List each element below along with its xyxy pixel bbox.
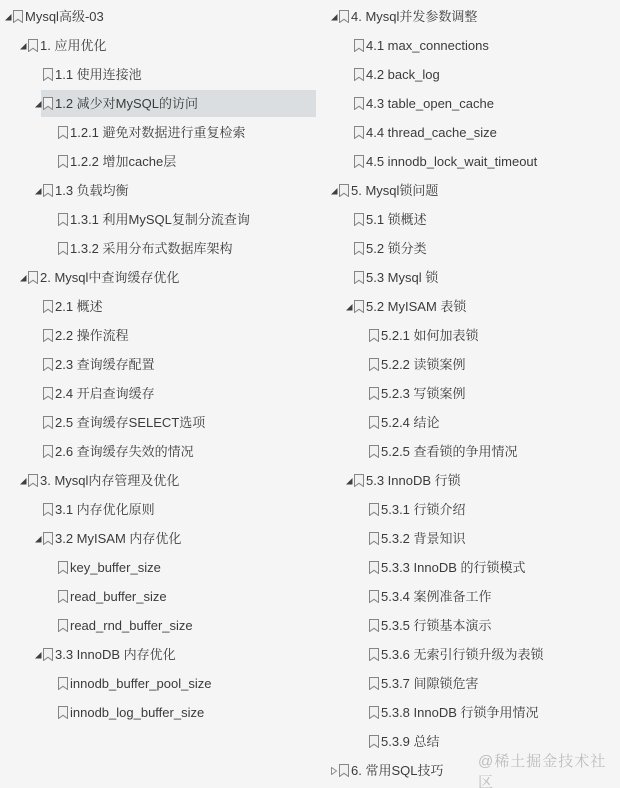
tree-item-label: 5.3.2 背景知识 xyxy=(381,524,466,553)
tree-item[interactable]: 5.3.5 行锁基本演示 xyxy=(311,611,616,640)
bookmark-icon xyxy=(369,590,379,603)
bookmark-icon xyxy=(339,10,349,23)
tree-item-label: 4.5 innodb_lock_wait_timeout xyxy=(366,147,537,176)
bookmark-icon xyxy=(43,68,53,81)
expander-spacer xyxy=(34,505,43,514)
tree-item-label: 4. Mysql并发参数调整 xyxy=(351,2,477,31)
bookmark-icon xyxy=(354,213,364,226)
tree-item[interactable]: 5.3.6 无索引行锁升级为表锁 xyxy=(311,640,616,669)
tree-item-label: 5.1 锁概述 xyxy=(366,205,427,234)
bookmark-icon xyxy=(354,242,364,255)
tree-item[interactable]: 5. Mysql锁问题 xyxy=(311,176,616,205)
expander-spacer xyxy=(345,128,354,137)
bookmark-icon xyxy=(43,532,53,545)
tree-item-label: 2.2 操作流程 xyxy=(55,321,129,350)
bookmark-icon xyxy=(354,155,364,168)
triangle-expanded-icon[interactable] xyxy=(34,534,43,543)
tree-item[interactable]: 5.3.2 背景知识 xyxy=(311,524,616,553)
tree-item[interactable]: Mysql高级-03 xyxy=(0,2,311,31)
tree-item-label: 5.2 MyISAM 表锁 xyxy=(366,292,466,321)
expander-spacer xyxy=(34,447,43,456)
tree-item-label: key_buffer_size xyxy=(70,553,161,582)
bookmark-icon xyxy=(369,329,379,342)
tree-item[interactable]: 2.4 开启查询缓存 xyxy=(0,379,311,408)
expander-spacer xyxy=(345,99,354,108)
tree-item[interactable]: 5.2.3 写锁案例 xyxy=(311,379,616,408)
tree-item[interactable]: 3.2 MyISAM 内存优化 xyxy=(0,524,311,553)
expander-spacer xyxy=(49,563,58,572)
tree-item-label: 6. 常用SQL技巧 xyxy=(351,756,443,785)
expander-spacer xyxy=(34,389,43,398)
expander-spacer xyxy=(49,621,58,630)
tree-item[interactable]: 2.5 查询缓存SELECT选项 xyxy=(0,408,311,437)
bookmark-icon xyxy=(43,358,53,371)
triangle-expanded-icon[interactable] xyxy=(19,41,28,50)
tree-item[interactable]: 4.1 max_connections xyxy=(311,31,616,60)
tree-item[interactable]: 5.1 锁概述 xyxy=(311,205,616,234)
bookmark-icon xyxy=(58,155,68,168)
tree-item[interactable]: 5.3.3 InnoDB 的行锁模式 xyxy=(311,553,616,582)
triangle-expanded-icon[interactable] xyxy=(34,186,43,195)
tree-item-label: 2. Mysql中查询缓存优化 xyxy=(40,263,179,292)
tree-item-label: 4.1 max_connections xyxy=(366,31,489,60)
tree-item-label: 4.2 back_log xyxy=(366,60,440,89)
tree-item-label: 4.4 thread_cache_size xyxy=(366,118,497,147)
bookmark-icon xyxy=(339,764,349,777)
tree-item-label: 1.2.2 增加cache层 xyxy=(70,147,176,176)
expander-spacer xyxy=(360,650,369,659)
tree-item-label: 4.3 table_open_cache xyxy=(366,89,494,118)
tree-item-label: 5.3.8 InnoDB 行锁争用情况 xyxy=(381,698,539,727)
triangle-expanded-icon[interactable] xyxy=(330,12,339,21)
tree-item[interactable]: 5.2.4 结论 xyxy=(311,408,616,437)
tree-item-label: read_rnd_buffer_size xyxy=(70,611,193,640)
bookmark-icon xyxy=(369,503,379,516)
tree-item[interactable]: 5.2.2 读锁案例 xyxy=(311,350,616,379)
expander-spacer xyxy=(34,360,43,369)
tree-item-label: 5.2.2 读锁案例 xyxy=(381,350,466,379)
tree-item[interactable]: innodb_buffer_pool_size xyxy=(0,669,311,698)
tree-item[interactable]: key_buffer_size xyxy=(0,553,311,582)
tree-item-label: 5.2.4 结论 xyxy=(381,408,440,437)
tree-item-label: 2.1 概述 xyxy=(55,292,103,321)
tree-item-label: 5.3.6 无索引行锁升级为表锁 xyxy=(381,640,544,669)
bookmark-icon xyxy=(369,706,379,719)
bookmark-icon xyxy=(354,271,364,284)
tree-item-label: 2.6 查询缓存失效的情况 xyxy=(55,437,194,466)
tree-item[interactable]: 5.3.8 InnoDB 行锁争用情况 xyxy=(311,698,616,727)
tree-item-label: 1.3 负载均衡 xyxy=(55,176,129,205)
bookmark-icon xyxy=(43,300,53,313)
bookmark-icon xyxy=(369,619,379,632)
expander-spacer xyxy=(49,592,58,601)
bookmark-icon xyxy=(58,561,68,574)
expander-spacer xyxy=(360,679,369,688)
bookmark-icon xyxy=(369,416,379,429)
tree-item[interactable]: innodb_log_buffer_size xyxy=(0,698,311,727)
bookmark-icon xyxy=(43,503,53,516)
expander-spacer xyxy=(360,563,369,572)
expander-spacer xyxy=(345,244,354,253)
tree-item-label: 2.3 查询缓存配置 xyxy=(55,350,155,379)
bookmark-icon xyxy=(58,619,68,632)
tree-item-label: 2.5 查询缓存SELECT选项 xyxy=(55,408,205,437)
tree-item-label: 5.2.3 写锁案例 xyxy=(381,379,466,408)
tree-item[interactable]: 1.3 负载均衡 xyxy=(0,176,311,205)
expander-spacer xyxy=(49,128,58,137)
expander-spacer xyxy=(49,215,58,224)
tree-item-label: innodb_log_buffer_size xyxy=(70,698,204,727)
expander-spacer xyxy=(49,244,58,253)
bookmark-icon xyxy=(58,590,68,603)
bookmark-icon xyxy=(354,126,364,139)
tree-item[interactable]: 2. Mysql中查询缓存优化 xyxy=(0,263,311,292)
expander-spacer xyxy=(360,331,369,340)
tree-item-label: 1.2.1 避免对数据进行重复检索 xyxy=(70,118,246,147)
expander-spacer xyxy=(34,70,43,79)
bookmark-icon xyxy=(58,126,68,139)
tree-item[interactable]: 2.6 查询缓存失效的情况 xyxy=(0,437,311,466)
expander-spacer xyxy=(49,708,58,717)
tree-item[interactable]: 4.5 innodb_lock_wait_timeout xyxy=(311,147,616,176)
tree-item-label: 1.2 减少对MySQL的访问 xyxy=(55,89,198,118)
bookmark-icon xyxy=(43,416,53,429)
tree-item-label: 5.2 锁分类 xyxy=(366,234,427,263)
bookmark-icon xyxy=(28,474,38,487)
bookmark-icon xyxy=(369,387,379,400)
tree-item[interactable]: 5.2.1 如何加表锁 xyxy=(311,321,616,350)
tree-item[interactable]: 2.3 查询缓存配置 xyxy=(0,350,311,379)
expander-spacer xyxy=(49,157,58,166)
triangle-expanded-icon[interactable] xyxy=(345,476,354,485)
triangle-expanded-icon[interactable] xyxy=(19,273,28,282)
expander-spacer xyxy=(345,157,354,166)
tree-item-label: 5. Mysql锁问题 xyxy=(351,176,438,205)
tree-item-label: 1. 应用优化 xyxy=(40,31,106,60)
tree-item[interactable]: 2.2 操作流程 xyxy=(0,321,311,350)
bookmark-icon xyxy=(354,97,364,110)
expander-spacer xyxy=(345,215,354,224)
expander-spacer xyxy=(360,592,369,601)
tree-item-label: 5.3.9 总结 xyxy=(381,727,440,756)
outline-column-right: 4. Mysql并发参数调整4.1 max_connections4.2 bac… xyxy=(311,2,616,785)
tree-item[interactable]: 5.2 锁分类 xyxy=(311,234,616,263)
triangle-expanded-icon[interactable] xyxy=(19,476,28,485)
bookmark-icon xyxy=(369,561,379,574)
tree-item[interactable]: 1. 应用优化 xyxy=(0,31,311,60)
bookmark-icon xyxy=(369,532,379,545)
bookmark-icon xyxy=(369,735,379,748)
tree-item-label: 1.3.2 采用分布式数据库架构 xyxy=(70,234,233,263)
tree-item[interactable]: 1.3.2 采用分布式数据库架构 xyxy=(0,234,311,263)
tree-item[interactable]: 1.2.2 增加cache层 xyxy=(0,147,311,176)
tree-item[interactable]: 5.2.5 查看锁的争用情况 xyxy=(311,437,616,466)
bookmark-icon xyxy=(13,10,23,23)
tree-item-label: 3. Mysql内存管理及优化 xyxy=(40,466,179,495)
triangle-expanded-icon[interactable] xyxy=(345,302,354,311)
expander-spacer xyxy=(360,621,369,630)
tree-item[interactable]: 5.2 MyISAM 表锁 xyxy=(311,292,616,321)
outline-column-left: Mysql高级-031. 应用优化1.1 使用连接池1.2 减少对MySQL的访… xyxy=(0,2,311,727)
bookmark-icon xyxy=(43,387,53,400)
bookmark-icon xyxy=(43,445,53,458)
tree-item-label: 3.3 InnoDB 内存优化 xyxy=(55,640,176,669)
bookmark-icon xyxy=(354,474,364,487)
expander-spacer xyxy=(34,331,43,340)
expander-spacer xyxy=(34,302,43,311)
tree-item-label: Mysql高级-03 xyxy=(25,2,104,31)
bookmark-icon xyxy=(43,97,53,110)
tree-item-label: 5.3.5 行锁基本演示 xyxy=(381,611,492,640)
triangle-expanded-icon[interactable] xyxy=(330,186,339,195)
tree-item[interactable]: 3.3 InnoDB 内存优化 xyxy=(0,640,311,669)
tree-item-label: innodb_buffer_pool_size xyxy=(70,669,211,698)
expander-spacer xyxy=(360,708,369,717)
tree-item-label: 5.3 Mysql 锁 xyxy=(366,263,438,292)
bookmark-icon xyxy=(369,648,379,661)
bookmark-icon xyxy=(354,68,364,81)
bookmark-icon xyxy=(43,648,53,661)
bookmark-icon xyxy=(28,39,38,52)
tree-item-label: 1.1 使用连接池 xyxy=(55,60,142,89)
expander-spacer xyxy=(360,360,369,369)
tree-item[interactable]: 5.3 Mysql 锁 xyxy=(311,263,616,292)
tree-item-label: 2.4 开启查询缓存 xyxy=(55,379,155,408)
tree-item-label: 3.2 MyISAM 内存优化 xyxy=(55,524,181,553)
tree-item-label: 3.1 内存优化原则 xyxy=(55,495,155,524)
bookmark-icon xyxy=(43,329,53,342)
expander-spacer xyxy=(360,447,369,456)
tree-item-label: 5.3 InnoDB 行锁 xyxy=(366,466,461,495)
watermark-text: @稀土掘金技术社区 xyxy=(478,750,620,788)
triangle-collapsed-icon[interactable] xyxy=(330,766,339,775)
tree-item[interactable]: 1.3.1 利用MySQL复制分流查询 xyxy=(0,205,311,234)
bookmark-icon xyxy=(354,300,364,313)
tree-item[interactable]: 5.3.4 案例准备工作 xyxy=(311,582,616,611)
bookmark-icon xyxy=(43,184,53,197)
triangle-expanded-icon[interactable] xyxy=(4,12,13,21)
tree-item[interactable]: 4.2 back_log xyxy=(311,60,616,89)
expander-spacer xyxy=(345,70,354,79)
expander-spacer xyxy=(34,418,43,427)
bookmark-icon xyxy=(369,445,379,458)
tree-item-label: 5.3.7 间隙锁危害 xyxy=(381,669,479,698)
expander-spacer xyxy=(360,389,369,398)
bookmark-icon xyxy=(339,184,349,197)
triangle-expanded-icon[interactable] xyxy=(34,99,43,108)
bookmark-icon xyxy=(354,39,364,52)
tree-item[interactable]: 3. Mysql内存管理及优化 xyxy=(0,466,311,495)
tree-item[interactable]: 5.3.1 行锁介绍 xyxy=(311,495,616,524)
tree-item[interactable]: 3.1 内存优化原则 xyxy=(0,495,311,524)
tree-item-label: 5.2.5 查看锁的争用情况 xyxy=(381,437,518,466)
tree-item[interactable]: 1.2.1 避免对数据进行重复检索 xyxy=(0,118,311,147)
bookmark-icon xyxy=(58,213,68,226)
tree-item[interactable]: 4.3 table_open_cache xyxy=(311,89,616,118)
tree-item-label: read_buffer_size xyxy=(70,582,167,611)
expander-spacer xyxy=(360,737,369,746)
tree-item-label: 1.3.1 利用MySQL复制分流查询 xyxy=(70,205,250,234)
expander-spacer xyxy=(345,41,354,50)
tree-item[interactable]: 1.2 减少对MySQL的访问 xyxy=(0,89,311,118)
expander-spacer xyxy=(360,418,369,427)
tree-item[interactable]: 4. Mysql并发参数调整 xyxy=(311,2,616,31)
bookmarks-panel: Mysql高级-031. 应用优化1.1 使用连接池1.2 减少对MySQL的访… xyxy=(0,0,620,788)
bookmark-icon xyxy=(369,677,379,690)
tree-item[interactable]: 5.3 InnoDB 行锁 xyxy=(311,466,616,495)
tree-item-label: 5.3.3 InnoDB 的行锁模式 xyxy=(381,553,526,582)
expander-spacer xyxy=(345,273,354,282)
tree-item[interactable]: 5.3.7 间隙锁危害 xyxy=(311,669,616,698)
tree-item[interactable]: 2.1 概述 xyxy=(0,292,311,321)
bookmark-icon xyxy=(369,358,379,371)
tree-item[interactable]: 4.4 thread_cache_size xyxy=(311,118,616,147)
tree-item-label: 5.3.1 行锁介绍 xyxy=(381,495,466,524)
expander-spacer xyxy=(360,534,369,543)
tree-item[interactable]: read_buffer_size xyxy=(0,582,311,611)
tree-item-label: 5.3.4 案例准备工作 xyxy=(381,582,492,611)
tree-item[interactable]: read_rnd_buffer_size xyxy=(0,611,311,640)
bookmark-icon xyxy=(58,677,68,690)
tree-item[interactable]: 1.1 使用连接池 xyxy=(0,60,311,89)
tree-item-label: 5.2.1 如何加表锁 xyxy=(381,321,479,350)
expander-spacer xyxy=(360,505,369,514)
bookmark-icon xyxy=(58,242,68,255)
expander-spacer xyxy=(49,679,58,688)
triangle-expanded-icon[interactable] xyxy=(34,650,43,659)
bookmark-icon xyxy=(28,271,38,284)
bookmark-icon xyxy=(58,706,68,719)
